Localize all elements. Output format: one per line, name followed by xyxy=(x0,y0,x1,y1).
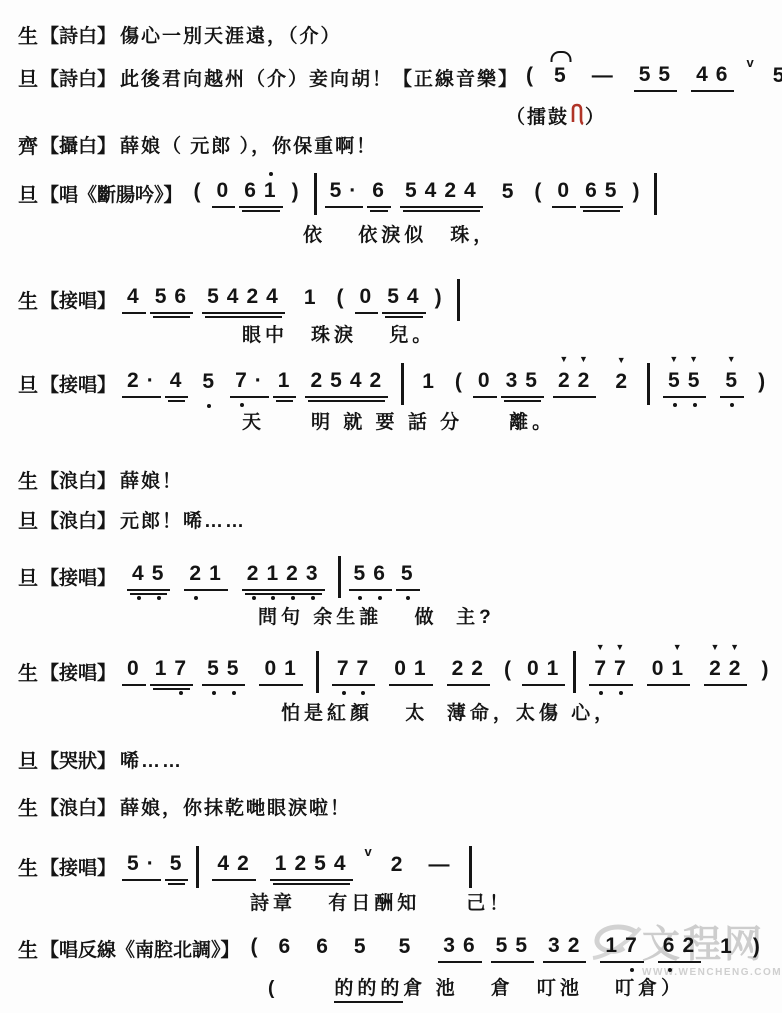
dialogue-text: 元郎！唏…… xyxy=(120,506,246,533)
note: 0 xyxy=(124,656,144,681)
aria-tag: 【唱反線《南腔北調》】 xyxy=(40,935,240,962)
note-digit: 4 xyxy=(170,369,184,392)
note-digit: 7 xyxy=(594,657,608,680)
note: 5 xyxy=(311,851,331,876)
low-octave-dot xyxy=(137,596,141,600)
note-digit: 5 xyxy=(399,935,413,958)
low-octave-dot xyxy=(311,596,315,600)
note-digit: 2 xyxy=(246,285,260,308)
note-digit: 0 xyxy=(264,657,278,680)
note: 4 xyxy=(167,368,187,393)
note-group: 0 xyxy=(552,178,576,208)
note-digit: 2 xyxy=(286,562,300,585)
note-digit: ( xyxy=(526,64,535,87)
note-digit: v xyxy=(746,55,755,70)
paren: ) xyxy=(432,285,447,310)
note: 0 xyxy=(214,178,234,203)
note-digit: 6 xyxy=(463,934,477,957)
note: 2 xyxy=(441,178,461,203)
note-digit: 1 xyxy=(284,657,298,680)
note: 5 xyxy=(398,561,418,586)
note-digit: 1 xyxy=(422,370,436,393)
note: 2 xyxy=(679,933,699,958)
note: 4 xyxy=(263,284,283,309)
note-group: ( xyxy=(521,63,540,91)
delivery-tag: 【哭狀】 xyxy=(40,746,116,773)
note-digit: 5 xyxy=(207,285,221,308)
breath-mark: v xyxy=(364,845,375,859)
note: 2 xyxy=(291,851,311,876)
note: 5 xyxy=(636,62,656,87)
tie-arc-icon xyxy=(550,51,571,62)
delivery-tag: 【攝白】 xyxy=(40,131,116,158)
note-group: 01 xyxy=(522,656,565,686)
low-octave-dot xyxy=(378,596,382,600)
note-group: 01 xyxy=(389,656,432,686)
note-group: 01 xyxy=(259,656,302,686)
note: 5 xyxy=(199,369,219,394)
sung-line: 生 【接唱】 0175501770122(017▼7▼01▼2▼2▼) xyxy=(18,650,777,692)
accent-arrow-icon: ▼ xyxy=(730,643,741,652)
note-group: 1 xyxy=(273,368,297,398)
note: 6 xyxy=(460,933,480,958)
note-digit: 5 xyxy=(330,369,344,392)
note-digit: 6 xyxy=(663,934,677,957)
note-group: 21 xyxy=(184,561,227,591)
note: 6 xyxy=(582,178,602,203)
role-label: 生 xyxy=(18,852,38,881)
note-digit: 1 xyxy=(547,657,561,680)
note: 7▼ xyxy=(591,656,611,681)
note-digit: 5 xyxy=(725,369,739,392)
low-octave-dot xyxy=(232,691,236,695)
note-digit: 0 xyxy=(217,179,231,202)
note-group: 0 xyxy=(122,656,146,686)
low-octave-dot xyxy=(291,596,295,600)
note-group: ) xyxy=(627,179,646,207)
paren: ( xyxy=(248,934,263,959)
note-digit: · xyxy=(147,852,156,875)
note-group: 01▼ xyxy=(647,656,690,686)
notation-phrase: 45654241(054) xyxy=(120,278,466,320)
low-octave-dot xyxy=(361,691,365,695)
aria-tag: 【接唱】 xyxy=(40,853,116,880)
note-digit: 2 xyxy=(310,369,324,392)
paren: ) xyxy=(289,179,304,204)
note-group: 5424 xyxy=(202,284,285,314)
note-group: 55 xyxy=(491,933,534,963)
percussion-rest: 倉 池 倉 叮池 叮倉） xyxy=(403,973,684,1000)
role-label: 旦 xyxy=(18,745,38,774)
note: 2 xyxy=(283,561,303,586)
sung-line: 旦 【接唱】 45212123565 xyxy=(18,555,422,597)
note: 6 xyxy=(660,933,680,958)
paren: ) xyxy=(750,934,765,959)
note-digit: 5 xyxy=(405,179,419,202)
note-digit: 4 xyxy=(227,285,241,308)
note-digit: 2 xyxy=(729,657,743,680)
low-octave-dot xyxy=(730,403,734,407)
accent-arrow-icon: ▼ xyxy=(689,355,700,364)
paren: ( xyxy=(191,179,206,204)
note-group: 5 xyxy=(497,179,521,207)
note-group: 4 xyxy=(122,284,146,314)
note-digit: 4 xyxy=(132,562,146,585)
note-group: 0 xyxy=(355,284,379,314)
lyric-line: 怕是紅顏 太 薄命，太傷 心， xyxy=(281,698,617,725)
note-group: v xyxy=(362,857,377,874)
note-digit: ) xyxy=(632,180,641,203)
note-group: 5 xyxy=(768,63,782,91)
note: 5 xyxy=(770,63,782,88)
low-octave-dot xyxy=(271,596,275,600)
note-digit: 1 xyxy=(264,179,278,202)
note-group: 17 xyxy=(600,933,643,963)
note: 3 xyxy=(503,368,523,393)
note-digit: 2 xyxy=(471,657,485,680)
note: 5 xyxy=(384,284,404,309)
role-label: 旦 xyxy=(18,369,38,398)
role-label: 旦 xyxy=(18,63,38,92)
note: 5 xyxy=(327,368,347,393)
note-digit: 7 xyxy=(174,657,188,680)
note-group: 2▼ xyxy=(610,369,634,397)
lyric-line: 眼中 珠淚 兒。 xyxy=(242,320,435,347)
note-group: 56 xyxy=(150,284,193,314)
note-digit: ( xyxy=(534,180,543,203)
note-digit: 7 xyxy=(235,369,249,392)
barline xyxy=(314,173,317,215)
note: 2▼ xyxy=(612,369,632,394)
barline xyxy=(647,363,650,405)
note: 4 xyxy=(331,851,351,876)
note: 4 xyxy=(404,284,424,309)
lyric-line: 天 明 就 要 話 分 離。 xyxy=(242,407,555,434)
dialogue-line: 生 【浪白】 薛娘！ xyxy=(18,465,183,494)
note: 7▼ xyxy=(611,656,631,681)
note: 1 xyxy=(602,933,622,958)
low-octave-dot xyxy=(619,691,623,695)
low-octave-dot xyxy=(207,404,211,408)
note-digit: 5 xyxy=(554,64,568,87)
note: 5 xyxy=(493,933,513,958)
accent-arrow-icon: ▼ xyxy=(559,355,570,364)
note-digit: · xyxy=(255,369,264,392)
note: 2 xyxy=(449,656,469,681)
dialogue-text: 薛娘，你抹乾哋眼淚啦！ xyxy=(120,793,351,820)
dialogue-line: 生 【浪白】 薛娘，你抹乾哋眼淚啦！ xyxy=(18,792,351,821)
note: 5 xyxy=(149,561,169,586)
note-digit: 6 xyxy=(174,285,188,308)
red-pen-mark-icon xyxy=(570,102,584,132)
note-group: 4 xyxy=(165,368,189,398)
note: 7 xyxy=(232,368,252,393)
note-digit: 4 xyxy=(266,285,280,308)
note-digit: · xyxy=(147,369,156,392)
aria-tag: 【唱《斷腸吟》】 xyxy=(40,180,183,207)
note: 5 xyxy=(499,179,519,204)
note: 2 xyxy=(234,851,254,876)
note-digit: 6 xyxy=(716,63,730,86)
low-octave-dot xyxy=(252,596,256,600)
note-group: — xyxy=(423,852,456,880)
low-octave-dot xyxy=(693,403,697,407)
note-group: 32 xyxy=(543,933,586,963)
note-group: 42 xyxy=(212,851,255,881)
accent-arrow-icon: ▼ xyxy=(727,355,738,364)
dialogue-text: 唏…… xyxy=(120,746,183,773)
notation-phrase: (5—5546v5—) xyxy=(519,62,782,92)
note-digit: 1 xyxy=(209,562,223,585)
note: 4 xyxy=(422,178,442,203)
note-digit: — xyxy=(428,853,451,876)
notation-phrase: 5·5421254v2— xyxy=(120,845,478,887)
note-group: 2 xyxy=(386,852,410,880)
note-digit: 5 xyxy=(314,852,328,875)
accent-arrow-icon: ▼ xyxy=(710,643,721,652)
note-group: ) xyxy=(756,657,775,685)
note-group: 56 xyxy=(349,561,392,591)
note: 3 xyxy=(545,933,565,958)
note: 6 xyxy=(171,284,191,309)
note-group: 5· xyxy=(122,851,161,881)
barline xyxy=(401,363,404,405)
note-digit: 5 xyxy=(387,285,401,308)
note-group: 65 xyxy=(580,178,623,208)
note: 7 xyxy=(171,656,191,681)
note: 1 xyxy=(261,178,281,203)
note-digit: 5 xyxy=(354,935,368,958)
note-digit: 0 xyxy=(527,657,541,680)
note-group: ) xyxy=(753,369,772,397)
note: · xyxy=(144,368,159,393)
paren: ) xyxy=(758,657,773,682)
high-octave-dot xyxy=(269,172,273,176)
low-octave-dot xyxy=(212,691,216,695)
role-label: 旦 xyxy=(18,562,38,591)
note-digit: 5 xyxy=(668,369,682,392)
note-group: 2▼2▼ xyxy=(553,368,596,398)
note-digit: ) xyxy=(761,658,770,681)
note-digit: 5 xyxy=(515,934,529,957)
note: 2▼ xyxy=(726,656,746,681)
note: 4 xyxy=(693,62,713,87)
sheet-music-page: 文程网 WWW.WENCHENG.COM 生 【詩白】 傷心一別天涯遠，（介） … xyxy=(0,0,782,1013)
note-digit: 2 xyxy=(709,657,723,680)
note-group: 36 xyxy=(438,933,481,963)
note-group: 46 xyxy=(691,62,734,92)
note: 7 xyxy=(354,656,374,681)
note-digit: 6 xyxy=(585,179,599,202)
note: 6 xyxy=(369,178,389,203)
note-group: 1254 xyxy=(270,851,353,881)
role-label: 生 xyxy=(18,20,38,49)
drum-cue-close: ） xyxy=(585,102,606,129)
role-label: 生 xyxy=(18,934,38,963)
note-digit: 4 xyxy=(334,852,348,875)
note: 1 xyxy=(544,656,564,681)
note-group: 2542 xyxy=(305,368,388,398)
note: 6 xyxy=(241,178,261,203)
note: 5 xyxy=(402,178,422,203)
note-group: 5▼ xyxy=(720,368,744,398)
note: 5 xyxy=(152,284,172,309)
lyric-line: 詩章 有日酬知 己！ xyxy=(250,888,512,915)
note: 6 xyxy=(313,934,333,959)
note-digit: 5 xyxy=(639,63,653,86)
note: 7 xyxy=(622,933,642,958)
note: 7 xyxy=(334,656,354,681)
low-octave-dot xyxy=(157,596,161,600)
note-digit: 2 xyxy=(247,562,261,585)
note-digit: 5 xyxy=(401,562,415,585)
note-digit: 1 xyxy=(720,935,734,958)
note-group: ( xyxy=(246,934,265,962)
note: 1 xyxy=(419,369,439,394)
drum-cue: （擂鼓 ） xyxy=(506,100,606,130)
note-digit: 4 xyxy=(464,179,478,202)
role-label: 生 xyxy=(18,285,38,314)
note-digit: 0 xyxy=(394,657,408,680)
note: 0 xyxy=(391,656,411,681)
note: 2 xyxy=(244,561,264,586)
note-group: 1 xyxy=(715,934,739,962)
delivery-tag: 【浪白】 xyxy=(40,506,116,533)
note-group: 6 xyxy=(311,934,335,962)
note-group: 22 xyxy=(447,656,490,686)
note-group: 6 xyxy=(274,934,298,962)
note-group: ( xyxy=(332,285,351,313)
note-group: ) xyxy=(748,934,767,962)
aria-tag: 【接唱】 xyxy=(40,658,116,685)
note: 2 xyxy=(367,368,387,393)
role-label: 生 xyxy=(18,657,38,686)
note: 2 xyxy=(307,368,327,393)
note: 0 xyxy=(357,284,377,309)
note-digit: 1 xyxy=(278,369,292,392)
note: · xyxy=(252,368,267,393)
note: 1 xyxy=(272,851,292,876)
note-digit: 7 xyxy=(357,657,371,680)
barline xyxy=(338,556,341,598)
note: 4 xyxy=(347,368,367,393)
note-digit: 2 xyxy=(189,562,203,585)
note-digit: 5 xyxy=(330,179,344,202)
delivery-tag: 【浪白】 xyxy=(40,466,116,493)
note-group: 5 xyxy=(549,63,573,91)
aria-tag: 【接唱】 xyxy=(40,563,116,590)
note-digit: 2 xyxy=(682,934,696,957)
note-digit: 2 xyxy=(294,852,308,875)
low-octave-dot xyxy=(406,596,410,600)
note: 5 xyxy=(396,934,416,959)
percussion-mnemonic-line: ( 的的的 倉 池 倉 叮池 叮倉） xyxy=(268,973,684,1003)
note-digit: 2 xyxy=(568,934,582,957)
role-label: 齊 xyxy=(18,130,38,159)
note: 5 xyxy=(327,178,347,203)
note: 4 xyxy=(214,851,234,876)
dialogue-line: 旦 【浪白】 元郎！唏…… xyxy=(18,505,246,534)
note: 0 xyxy=(475,368,495,393)
note-digit: 6 xyxy=(244,179,258,202)
accent-arrow-icon: ▼ xyxy=(673,643,684,652)
note: 6 xyxy=(276,934,296,959)
note-digit: ( xyxy=(194,180,203,203)
note: 2▼ xyxy=(706,656,726,681)
note: · xyxy=(346,178,361,203)
note-group: 1 xyxy=(417,369,441,397)
breath-mark: v xyxy=(745,56,756,70)
note: 5 xyxy=(167,851,187,876)
accent-arrow-icon: ▼ xyxy=(669,355,680,364)
note: 5 xyxy=(204,656,224,681)
note: 5▼ xyxy=(665,368,685,393)
note: 2 xyxy=(124,368,144,393)
note: 4 xyxy=(124,284,144,309)
note: 1 xyxy=(206,561,226,586)
note-digit: 4 xyxy=(217,852,231,875)
note-digit: 6 xyxy=(279,935,293,958)
drum-cue-text: （擂鼓 xyxy=(506,102,569,129)
note-group: — xyxy=(587,63,620,91)
note: 3 xyxy=(303,561,323,586)
note-digit: 5 xyxy=(496,934,510,957)
sung-line: 旦 【唱《斷腸吟》】 (061)5·654245(065) xyxy=(18,172,663,214)
note: 1 xyxy=(717,934,737,959)
note-digit: 2 xyxy=(452,657,466,680)
note: 5 xyxy=(351,934,371,959)
note-digit: 2 xyxy=(237,852,251,875)
note: 5 xyxy=(351,561,371,586)
note: 5 xyxy=(655,62,675,87)
paren: ( xyxy=(452,369,467,394)
delivery-tag: 【浪白】 xyxy=(40,793,116,820)
note-digit: ) xyxy=(292,180,301,203)
aria-tag: 【接唱】 xyxy=(40,286,116,313)
note-group: 61 xyxy=(239,178,282,208)
note-digit: 0 xyxy=(360,285,374,308)
paren: ( xyxy=(334,285,349,310)
percussion-underlined: 的的的 xyxy=(334,973,403,1003)
note-digit: 6 xyxy=(372,179,386,202)
note: 1 xyxy=(263,561,283,586)
note-digit: 1 xyxy=(414,657,428,680)
note: 2 xyxy=(565,933,585,958)
note-group: 2· xyxy=(122,368,161,398)
note-digit: — xyxy=(592,64,615,87)
sung-line: 生 【接唱】 45654241(054) xyxy=(18,278,466,320)
note-digit: 5 xyxy=(207,657,221,680)
note-group: 1 xyxy=(299,285,323,313)
note: 5 xyxy=(204,284,224,309)
low-octave-dot xyxy=(358,596,362,600)
note-group: 17 xyxy=(150,656,193,686)
dialogue-text: 薛娘（ 元郎 ），你保重啊！ xyxy=(120,131,377,158)
note-digit: 2 xyxy=(558,369,572,392)
note: 2 xyxy=(243,284,263,309)
note-digit: 3 xyxy=(443,934,457,957)
low-octave-dot xyxy=(179,691,183,695)
note: 1 xyxy=(152,656,172,681)
note-group: 45 xyxy=(127,561,170,591)
note-group: 54 xyxy=(382,284,425,314)
note-digit: 2 xyxy=(127,369,141,392)
note: 2 xyxy=(186,561,206,586)
notation-phrase: (061)5·654245(065) xyxy=(187,172,664,214)
note: 5 xyxy=(522,368,542,393)
note-group: 7· xyxy=(230,368,269,398)
note-digit: ) xyxy=(435,286,444,309)
